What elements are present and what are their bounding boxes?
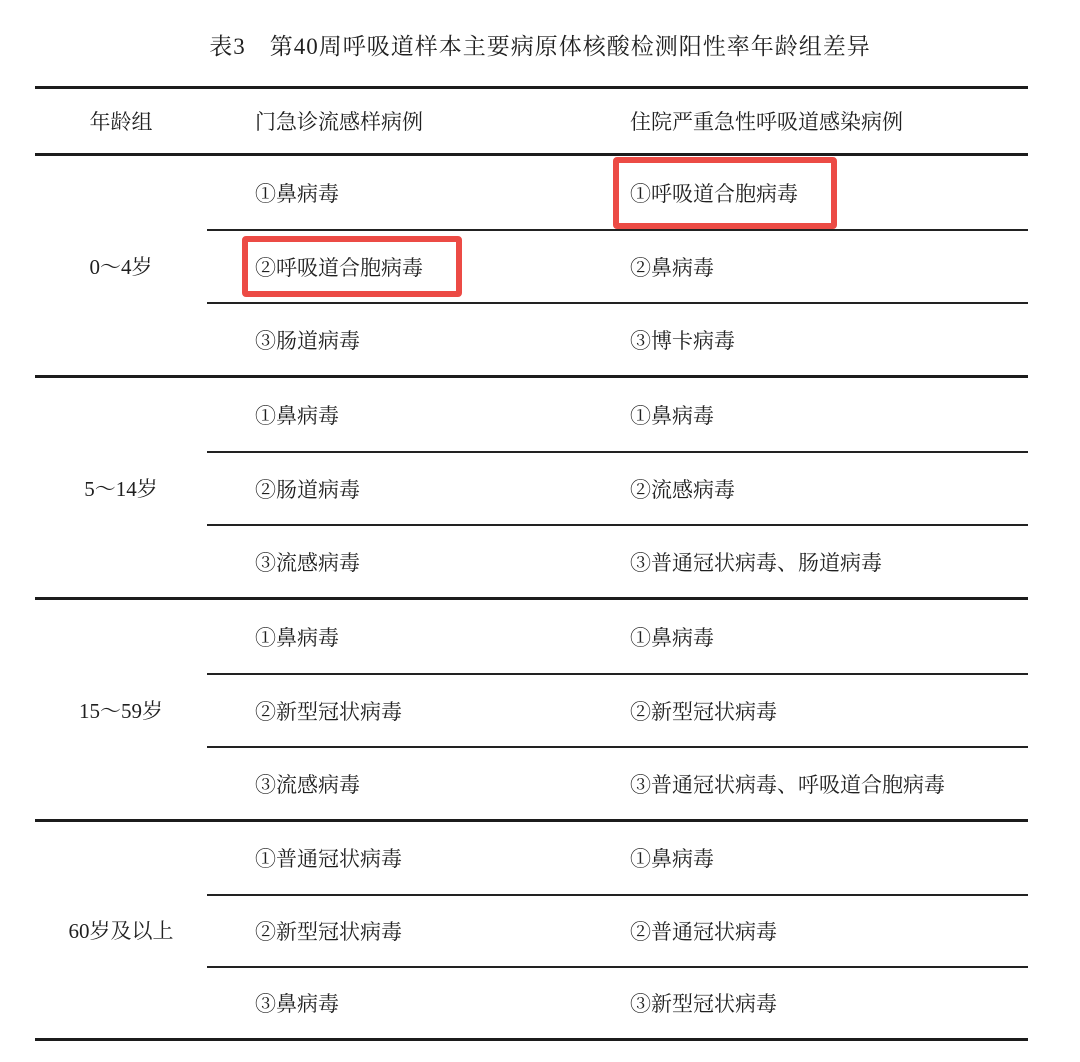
pathogen-cell: ③普通冠状病毒、肠道病毒 — [630, 547, 1028, 577]
age-group-rows: ①普通冠状病毒 ①鼻病毒 ②新型冠状病毒 ②普通冠状病毒 ③鼻病毒 ③新型冠状病… — [207, 822, 1028, 1038]
table-row: ①鼻病毒 ①鼻病毒 — [207, 378, 1028, 451]
column-header-hospitalized-sari: 住院严重急性呼吸道感染病例 — [630, 106, 1028, 136]
table-header-row: 年龄组 门急诊流感样病例 住院严重急性呼吸道感染病例 — [35, 89, 1028, 156]
table-row: ③肠道病毒 ③博卡病毒 — [207, 302, 1028, 375]
pathogen-cell: ①鼻病毒 — [630, 843, 1028, 873]
table-row: ②肠道病毒 ②流感病毒 — [207, 451, 1028, 524]
age-group-rows: ①鼻病毒 ①鼻病毒 ②肠道病毒 ②流感病毒 ③流感病毒 ③普通冠状病毒、肠道病毒 — [207, 378, 1028, 597]
table-row: ③鼻病毒 ③新型冠状病毒 — [207, 966, 1028, 1038]
table-title: 表3 第40周呼吸道样本主要病原体核酸检测阳性率年龄组差异 — [0, 28, 1080, 61]
pathogen-cell: ②呼吸道合胞病毒 — [207, 252, 630, 282]
pathogen-cell: ②新型冠状病毒 — [207, 696, 630, 726]
table-row: ②新型冠状病毒 ②新型冠状病毒 — [207, 673, 1028, 746]
table-row: ③流感病毒 ③普通冠状病毒、呼吸道合胞病毒 — [207, 746, 1028, 819]
pathogen-cell: ②鼻病毒 — [630, 252, 1028, 282]
pathogen-cell: ②肠道病毒 — [207, 474, 630, 504]
pathogen-cell: ①鼻病毒 — [207, 400, 630, 430]
age-group-label: 15～59岁 — [35, 600, 207, 819]
age-group-section-0-4: 0～4岁 ①鼻病毒 ①呼吸道合胞病毒 ②呼吸道合胞病毒 ②鼻病毒 ③肠道病毒 ③… — [35, 156, 1028, 378]
table-row: ③流感病毒 ③普通冠状病毒、肠道病毒 — [207, 524, 1028, 597]
pathogen-cell: ③流感病毒 — [207, 547, 630, 577]
age-group-label: 60岁及以上 — [35, 822, 207, 1038]
pathogen-cell: ③肠道病毒 — [207, 325, 630, 355]
table-row: ②呼吸道合胞病毒 ②鼻病毒 — [207, 229, 1028, 302]
age-group-rows: ①鼻病毒 ①鼻病毒 ②新型冠状病毒 ②新型冠状病毒 ③流感病毒 ③普通冠状病毒、… — [207, 600, 1028, 819]
age-group-section-60-plus: 60岁及以上 ①普通冠状病毒 ①鼻病毒 ②新型冠状病毒 ②普通冠状病毒 ③鼻病毒… — [35, 822, 1028, 1041]
pathogen-cell: ①鼻病毒 — [207, 178, 630, 208]
pathogen-cell: ③博卡病毒 — [630, 325, 1028, 355]
pathogen-cell: ②流感病毒 — [630, 474, 1028, 504]
column-header-age-group: 年龄组 — [35, 106, 207, 136]
age-group-label: 0～4岁 — [35, 156, 207, 375]
pathogen-cell: ①鼻病毒 — [630, 622, 1028, 652]
table-row: ①普通冠状病毒 ①鼻病毒 — [207, 822, 1028, 894]
pathogen-cell: ①鼻病毒 — [207, 622, 630, 652]
pathogen-cell: ③鼻病毒 — [207, 988, 630, 1018]
table-row: ①鼻病毒 ①呼吸道合胞病毒 — [207, 156, 1028, 229]
table-row: ②新型冠状病毒 ②普通冠状病毒 — [207, 894, 1028, 966]
pathogen-cell: ③普通冠状病毒、呼吸道合胞病毒 — [630, 769, 1028, 799]
pathogen-cell: ③新型冠状病毒 — [630, 988, 1028, 1018]
pathogen-cell: ②普通冠状病毒 — [630, 916, 1028, 946]
pathogen-cell: ①呼吸道合胞病毒 — [630, 178, 1028, 208]
document-page: 表3 第40周呼吸道样本主要病原体核酸检测阳性率年龄组差异 年龄组 门急诊流感样… — [0, 0, 1080, 1062]
pathogen-cell: ①普通冠状病毒 — [207, 843, 630, 873]
age-group-label: 5～14岁 — [35, 378, 207, 597]
pathogen-positivity-table: 年龄组 门急诊流感样病例 住院严重急性呼吸道感染病例 0～4岁 ①鼻病毒 ①呼吸… — [35, 86, 1028, 1041]
age-group-section-5-14: 5～14岁 ①鼻病毒 ①鼻病毒 ②肠道病毒 ②流感病毒 ③流感病毒 ③普通冠状病… — [35, 378, 1028, 600]
pathogen-cell: ②新型冠状病毒 — [630, 696, 1028, 726]
pathogen-cell: ③流感病毒 — [207, 769, 630, 799]
age-group-section-15-59: 15～59岁 ①鼻病毒 ①鼻病毒 ②新型冠状病毒 ②新型冠状病毒 ③流感病毒 ③… — [35, 600, 1028, 822]
table-row: ①鼻病毒 ①鼻病毒 — [207, 600, 1028, 673]
pathogen-cell: ①鼻病毒 — [630, 400, 1028, 430]
column-header-outpatient-ili: 门急诊流感样病例 — [207, 106, 630, 136]
age-group-rows: ①鼻病毒 ①呼吸道合胞病毒 ②呼吸道合胞病毒 ②鼻病毒 ③肠道病毒 ③博卡病毒 — [207, 156, 1028, 375]
pathogen-cell: ②新型冠状病毒 — [207, 916, 630, 946]
